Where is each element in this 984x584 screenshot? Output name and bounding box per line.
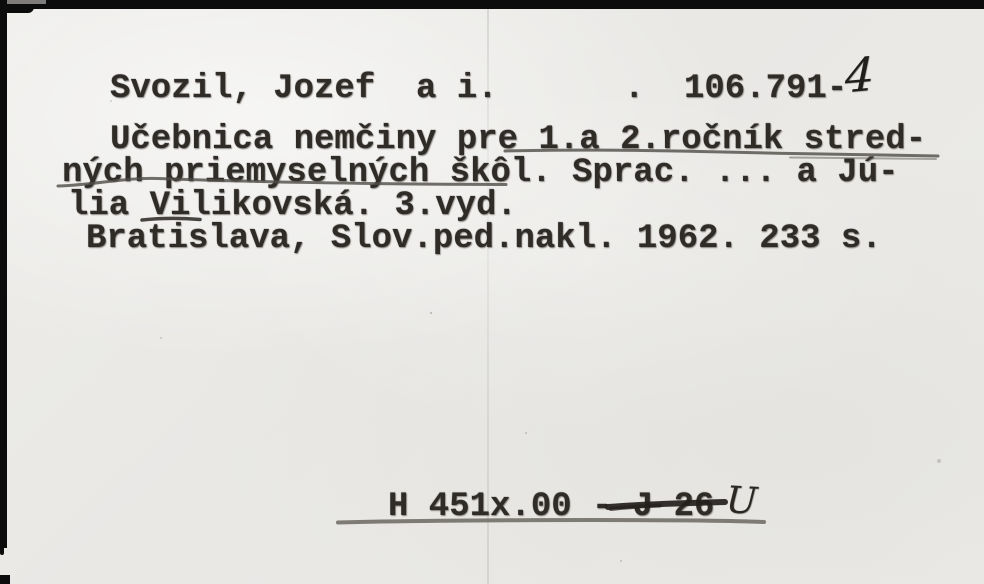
call-number-handwritten-suffix: 4 — [845, 51, 875, 100]
title-line-2: ných priemyselných škôl. Sprac. ... a Jú… — [62, 156, 899, 190]
call-number: 106.791- — [684, 72, 847, 106]
shelfmark-line: H 451x.00 - J 26 — [388, 490, 714, 524]
scan-edge-left — [0, 0, 7, 548]
scan-edge-bottom-left — [0, 575, 10, 584]
library-catalog-card: Svozil, Jozef a i. . 106.791- 4 Učebnica… — [0, 0, 984, 584]
stray-dot: . — [624, 72, 644, 106]
title-line-3: lia Vilikovská. 3.vyd. — [68, 189, 517, 223]
author-heading: Svozil, Jozef a i. — [110, 72, 498, 106]
scan-edge-top — [0, 0, 984, 9]
shelfmark-text: H 451x.00 - — [388, 488, 633, 526]
dust-specks — [430, 312, 432, 314]
shelfmark-struck-text: J 26 — [633, 488, 715, 526]
shelfmark-handwritten-suffix: U — [725, 481, 758, 520]
scan-edge-left-taper — [0, 546, 4, 555]
title-line-1: Učebnica nemčiny pre 1.a 2.ročník stred- — [110, 123, 926, 157]
imprint-line: Bratislava, Slov.ped.nakl. 1962. 233 s. — [86, 222, 882, 256]
